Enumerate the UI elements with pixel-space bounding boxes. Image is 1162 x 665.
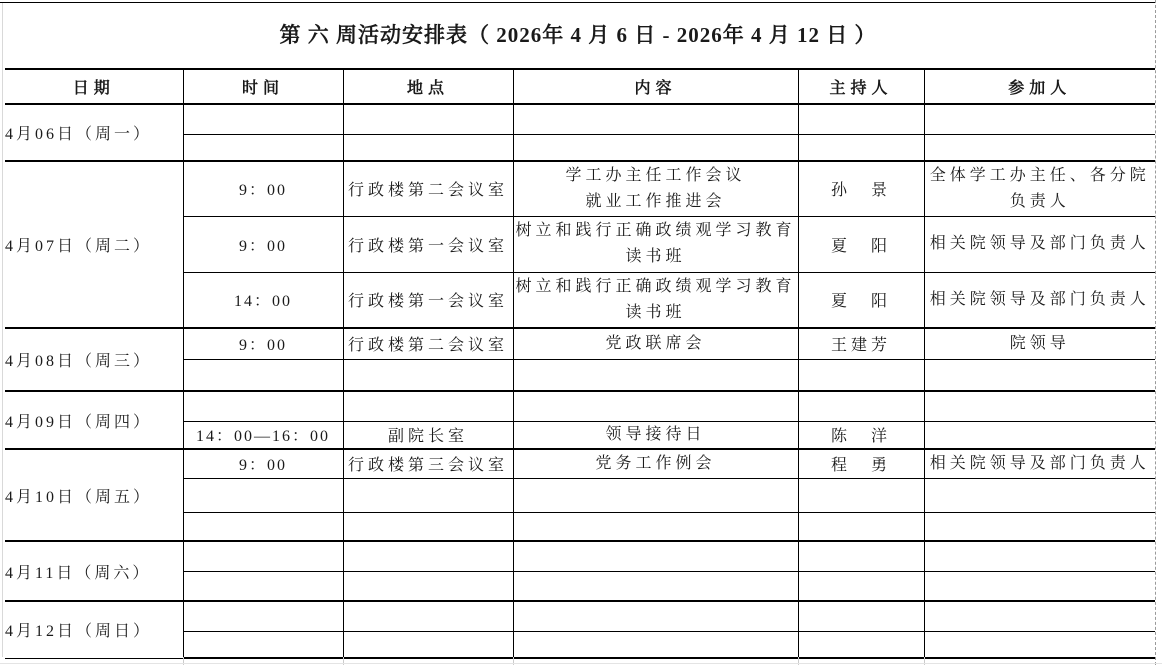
cell-participants	[924, 134, 1155, 161]
header-row: 日期 时间 地点 内容 主持人 参加人	[5, 69, 1155, 104]
cell-host	[798, 601, 924, 631]
cell-time	[183, 631, 343, 658]
cell-participants	[924, 601, 1155, 631]
cell-time: 14：00—16：00	[183, 421, 343, 449]
cell-date: 4月08日（周三）	[5, 328, 183, 391]
cell-participants: 相关院领导及部门负责人	[924, 449, 1155, 478]
cell-content	[513, 541, 798, 571]
cell-host	[798, 478, 924, 512]
cell-time: 14：00	[183, 272, 343, 328]
cell-participants	[924, 391, 1155, 421]
cell-content	[513, 104, 798, 134]
cell-time	[183, 359, 343, 391]
cell-location	[343, 512, 513, 541]
cell-location	[343, 478, 513, 512]
column-header-participants: 参加人	[924, 69, 1155, 104]
cell-location	[343, 391, 513, 421]
cell-host	[798, 631, 924, 658]
column-header-location: 地点	[343, 69, 513, 104]
cell-location: 行政楼第三会议室	[343, 449, 513, 478]
cell-content	[513, 391, 798, 421]
table-row: 4月11日（周六）	[5, 541, 1155, 571]
cell-host	[798, 359, 924, 391]
cell-location: 行政楼第一会议室	[343, 216, 513, 272]
cell-time	[183, 601, 343, 631]
cell-content: 党务工作例会	[513, 449, 798, 478]
cell-participants	[924, 512, 1155, 541]
cell-host	[798, 134, 924, 161]
cell-participants	[924, 104, 1155, 134]
cell-host: 王建芳	[798, 328, 924, 359]
bottom-gridline	[0, 663, 1162, 664]
cell-host	[798, 391, 924, 421]
cell-time	[183, 391, 343, 421]
cell-content: 树立和践行正确政绩观学习教育读书班	[513, 216, 798, 272]
cell-date: 4月09日（周四）	[5, 391, 183, 449]
cell-location: 行政楼第二会议室	[343, 161, 513, 216]
cell-host: 孙 景	[798, 161, 924, 216]
cell-content	[513, 512, 798, 541]
column-header-content: 内容	[513, 69, 798, 104]
cell-date: 4月07日（周二）	[5, 161, 183, 328]
cell-date: 4月12日（周日）	[5, 601, 183, 658]
cell-participants	[924, 571, 1155, 601]
cell-host	[798, 512, 924, 541]
cell-content	[513, 631, 798, 658]
cell-time: 9：00	[183, 161, 343, 216]
cell-participants	[924, 541, 1155, 571]
cell-location	[343, 104, 513, 134]
cell-location	[343, 134, 513, 161]
table-row: 4月06日（周一）	[5, 104, 1155, 134]
cell-location	[343, 631, 513, 658]
cell-content	[513, 571, 798, 601]
cell-location: 副院长室	[343, 421, 513, 449]
cell-content	[513, 478, 798, 512]
cell-time	[183, 512, 343, 541]
cell-content	[513, 359, 798, 391]
cell-content: 学工办主任工作会议 就业工作推进会	[513, 161, 798, 216]
cell-time: 9：00	[183, 216, 343, 272]
table-row: 4月07日（周二） 9：00 行政楼第二会议室 学工办主任工作会议 就业工作推进…	[5, 161, 1155, 216]
cell-date: 4月06日（周一）	[5, 104, 183, 161]
cell-host	[798, 571, 924, 601]
cell-host: 程 勇	[798, 449, 924, 478]
schedule-table: 日期 时间 地点 内容 主持人 参加人 4月06日（周一）	[5, 68, 1155, 659]
cell-participants: 院领导	[924, 328, 1155, 359]
cell-time: 9：00	[183, 449, 343, 478]
cell-content: 树立和践行正确政绩观学习教育读书班	[513, 272, 798, 328]
cell-participants: 全体学工办主任、各分院负责人	[924, 161, 1155, 216]
cell-location	[343, 541, 513, 571]
cell-participants	[924, 359, 1155, 391]
cell-content	[513, 134, 798, 161]
cell-participants	[924, 631, 1155, 658]
table-row: 4月12日（周日）	[5, 601, 1155, 631]
cell-time	[183, 571, 343, 601]
cell-content	[513, 601, 798, 631]
cell-location	[343, 359, 513, 391]
cell-host	[798, 541, 924, 571]
cell-content: 党政联席会	[513, 328, 798, 359]
column-header-time: 时间	[183, 69, 343, 104]
cell-location: 行政楼第一会议室	[343, 272, 513, 328]
cell-time	[183, 104, 343, 134]
cell-host: 夏 阳	[798, 272, 924, 328]
cell-time	[183, 134, 343, 161]
cell-participants: 相关院领导及部门负责人	[924, 272, 1155, 328]
cell-participants: 相关院领导及部门负责人	[924, 216, 1155, 272]
table-row: 4月10日（周五） 9：00 行政楼第三会议室 党务工作例会 程 勇 相关院领导…	[5, 449, 1155, 478]
cell-host: 陈 洋	[798, 421, 924, 449]
table-row: 4月08日（周三） 9：00 行政楼第二会议室 党政联席会 王建芳 院领导	[5, 328, 1155, 359]
cell-date: 4月11日（周六）	[5, 541, 183, 601]
cell-location	[343, 571, 513, 601]
cell-time	[183, 541, 343, 571]
cell-time: 9：00	[183, 328, 343, 359]
cell-date: 4月10日（周五）	[5, 449, 183, 541]
column-header-date: 日期	[5, 69, 183, 104]
page-title: 第 六 周活动安排表（ 2026年 4 月 6 日 - 2026年 4 月 12…	[0, 2, 1156, 68]
cell-content: 领导接待日	[513, 421, 798, 449]
cell-participants	[924, 478, 1155, 512]
cell-participants	[924, 421, 1155, 449]
spreadsheet-page: 第 六 周活动安排表（ 2026年 4 月 6 日 - 2026年 4 月 12…	[0, 0, 1162, 665]
cell-location: 行政楼第二会议室	[343, 328, 513, 359]
cell-host: 夏 阳	[798, 216, 924, 272]
table-row: 4月09日（周四）	[5, 391, 1155, 421]
cell-host	[798, 104, 924, 134]
cell-location	[343, 601, 513, 631]
left-gridline	[2, 3, 3, 657]
page-break-dashed-line	[1155, 0, 1156, 665]
cell-time	[183, 478, 343, 512]
column-header-host: 主持人	[798, 69, 924, 104]
